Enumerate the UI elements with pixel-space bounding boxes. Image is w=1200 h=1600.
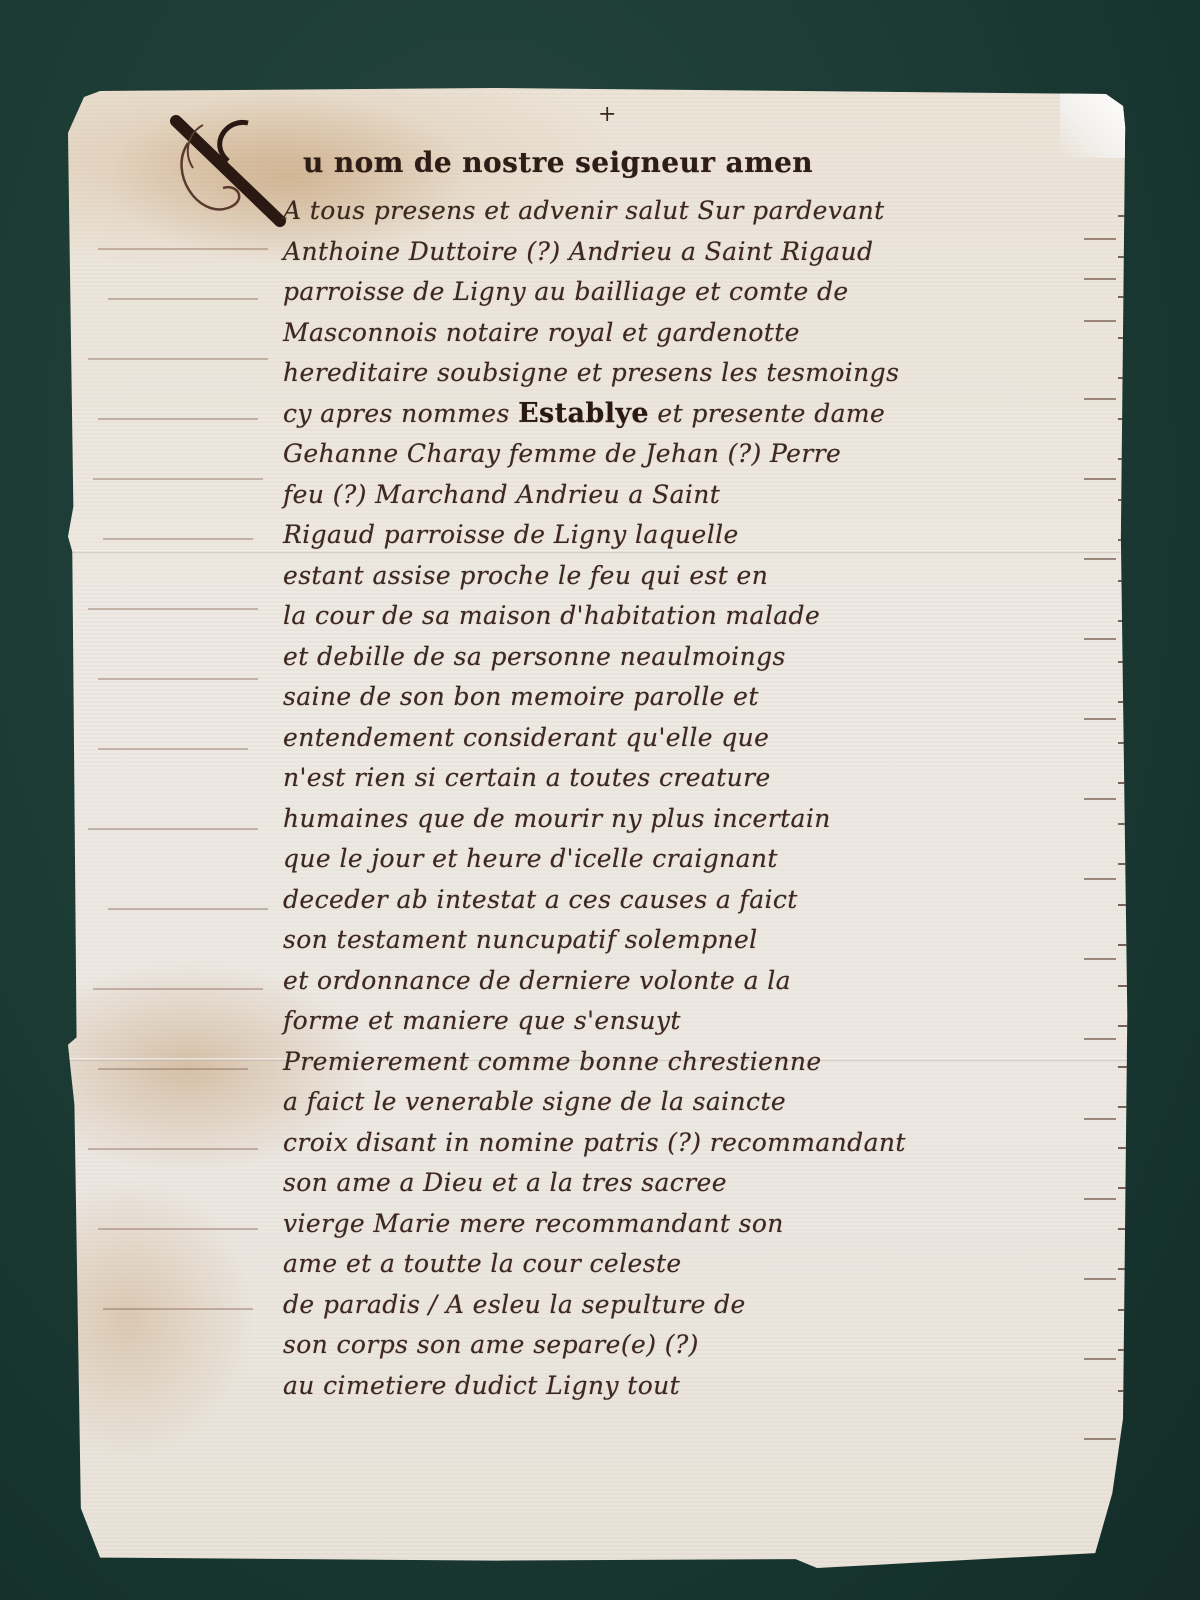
text-line: ame et a toutte la cour celeste (283, 1244, 1128, 1285)
text-line: forme et maniere que s'ensuyt (283, 1001, 1128, 1042)
decorated-initial-a-icon (168, 113, 288, 233)
manuscript-text: u nom de nostre seigneur amen A tous pre… (283, 143, 1128, 1406)
text-line: que le jour et heure d'icelle craignant (283, 839, 1128, 880)
text-line: deceder ab intestat a ces causes a faict (283, 880, 1128, 921)
text-line: A tous presens et advenir salut Sur pard… (283, 191, 1128, 232)
text-line: et debille de sa personne neaulmoings (283, 637, 1128, 678)
text-line: estant assise proche le feu qui est en (283, 556, 1128, 597)
text-line: feu (?) Marchand Andrieu a Saint (283, 475, 1128, 516)
text-fragment: et presente dame (657, 399, 885, 428)
text-line: de paradis / A esleu la sepulture de (283, 1285, 1128, 1326)
invocation-heading: u nom de nostre seigneur amen (283, 143, 1128, 191)
text-line: Rigaud parroisse de Ligny laquelle (283, 515, 1128, 556)
text-line: vierge Marie mere recommandant son (283, 1204, 1128, 1245)
text-line: a faict le venerable signe de la saincte (283, 1082, 1128, 1123)
text-line: la cour de sa maison d'habitation malade (283, 596, 1128, 637)
text-line: Anthoine Duttoire (?) Andrieu a Saint Ri… (283, 232, 1128, 273)
text-line: n'est rien si certain a toutes creature (283, 758, 1128, 799)
manuscript-page: + u nom de nostre seigneur amen A tous p… (68, 88, 1138, 1583)
text-line-establye: cy apres nommes Establye et presente dam… (283, 394, 1128, 435)
text-line: son corps son ame separe(e) (?) (283, 1325, 1128, 1366)
text-line: son testament nuncupatif solempnel (283, 920, 1128, 961)
text-line: humaines que de mourir ny plus incertain (283, 799, 1128, 840)
text-line: au cimetiere dudict Ligny tout (283, 1366, 1128, 1407)
text-line: son ame a Dieu et a la tres sacree (283, 1163, 1128, 1204)
text-line: croix disant in nomine patris (?) recomm… (283, 1123, 1128, 1164)
text-line: saine de son bon memoire parolle et (283, 677, 1128, 718)
text-line: entendement considerant qu'elle que (283, 718, 1128, 759)
text-line: Gehanne Charay femme de Jehan (?) Perre (283, 434, 1128, 475)
cross-mark: + (598, 102, 616, 127)
emphasized-word: Establye (518, 398, 649, 429)
text-line: Premierement comme bonne chrestienne (283, 1042, 1128, 1083)
text-fragment: cy apres nommes (283, 399, 510, 428)
margin-notes (78, 208, 298, 1388)
text-line: hereditaire soubsigne et presens les tes… (283, 353, 1128, 394)
text-line: Masconnois notaire royal et gardenotte (283, 313, 1128, 354)
text-line: et ordonnance de derniere volonte a la (283, 961, 1128, 1002)
text-line: parroisse de Ligny au bailliage et comte… (283, 272, 1128, 313)
